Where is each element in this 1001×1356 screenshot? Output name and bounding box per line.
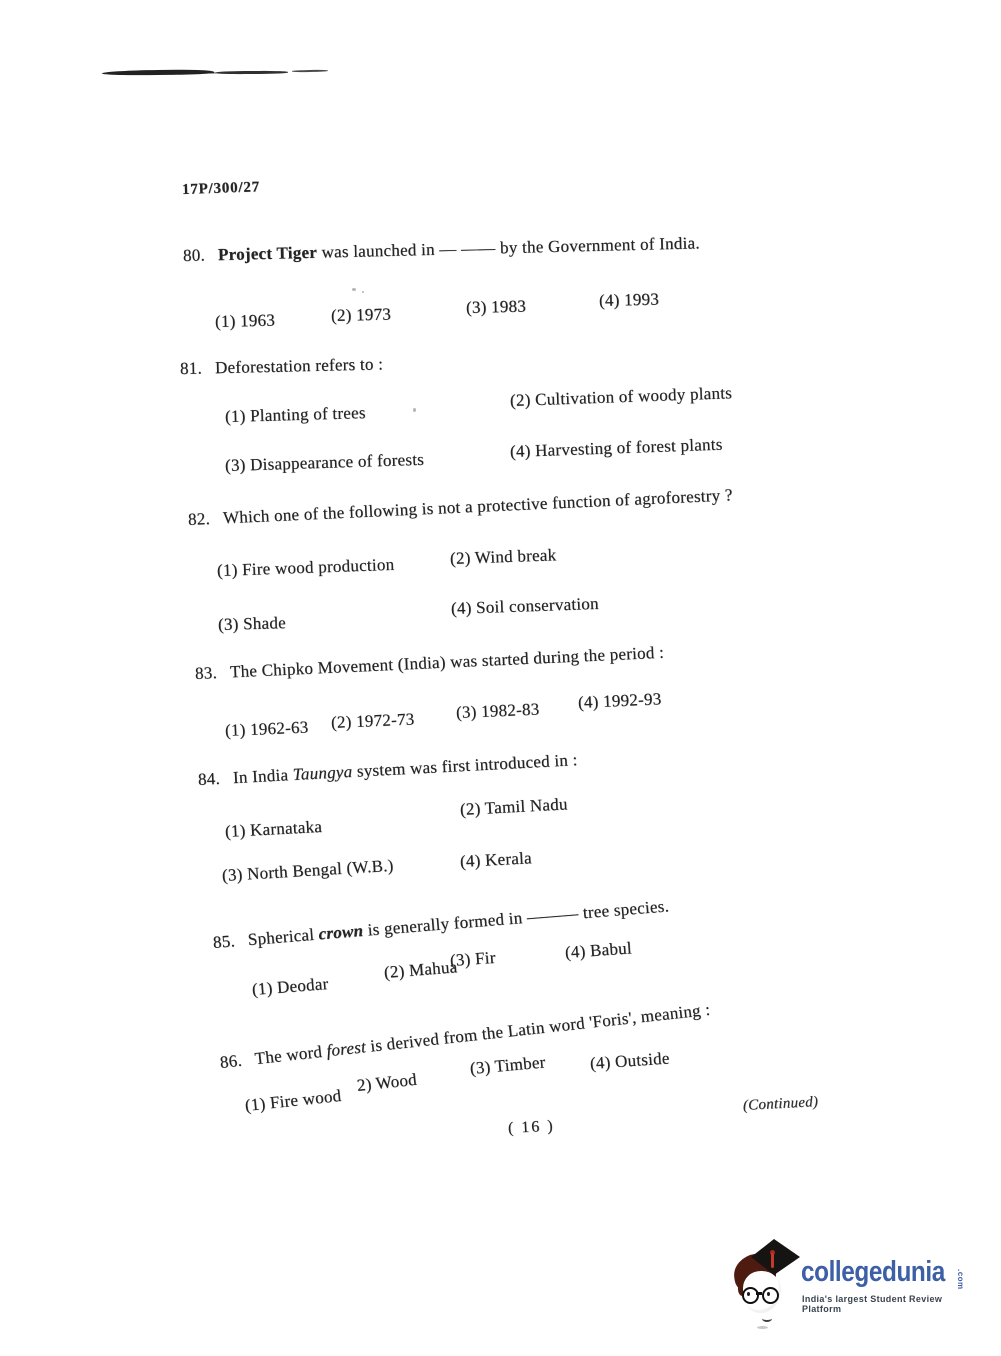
glasses-icon [742,1287,759,1304]
question-number: 83. [195,663,218,684]
option: (2) Tamil Nadu [459,794,568,820]
question-number: 81. [180,359,202,379]
question-number: 85. [212,931,236,953]
option: (1) Fire wood production [217,555,395,581]
brand-tagline: India's largest Student Review Platform [802,1294,981,1314]
option: (2) Wind break [450,545,557,569]
question-line: 83.The Chipko Movement (India) was start… [195,643,665,684]
option: (3) Disappearance of forests [225,450,425,476]
question-line: 82.Which one of the following is not a p… [188,485,734,530]
brand-tld: .com [956,1269,965,1290]
collegedunia-logo: collegedunia .com India's largest Studen… [735,1242,981,1338]
option: (2) 1973 [331,305,392,326]
option: (4) 1992-93 [578,689,662,713]
option: (3) 1983 [466,297,527,318]
ink-speck [352,288,356,291]
question-line: 80.Project Tiger was launched in — —— by… [183,233,700,266]
option: (4) Kerala [459,848,532,872]
page-number: ( 16 ) [508,1118,556,1138]
option: (3) Shade [218,613,286,635]
exam-paper-scan: 17P/300/27 80.Project Tiger was launched… [0,0,1001,1356]
option: (3) 1982-83 [456,700,540,723]
option: (3) North Bengal (W.B.) [221,856,394,886]
option: (1) Fire wood [244,1086,342,1116]
question-number: 86. [219,1051,243,1073]
paper-code: 17P/300/27 [182,179,261,199]
ink-speck [413,408,416,412]
option: (3) Timber [469,1052,546,1079]
question-number: 82. [188,509,211,530]
option: (4) 1993 [599,290,660,311]
option: 2) Wood [356,1070,418,1096]
mascot-icon [735,1242,799,1334]
question-number: 80. [183,245,205,266]
option: (2) Mahua [383,957,458,983]
question-number: 84. [197,769,220,790]
option: (4) Harvesting of forest plants [510,435,723,462]
option: (1) Deodar [251,974,329,1000]
option: (1) Planting of trees [225,403,366,427]
option: (2) Cultivation of woody plants [510,383,733,411]
question-line: 81.Deforestation refers to : [180,354,384,379]
continued-note: (Continued) [743,1094,819,1115]
scanner-smudge-mark [100,64,330,80]
option: (4) Soil conservation [451,594,599,619]
question-line: 84.In India Taungya system was first int… [197,750,578,790]
option: (2) 1972-73 [331,710,415,733]
option: (4) Babul [564,938,632,963]
brand-text: collegedunia [801,1256,945,1289]
option: (3) Fir [449,948,496,971]
option: (4) Outside [589,1048,670,1074]
ink-speck [362,291,364,293]
option: (1) 1963 [215,311,276,332]
option: (1) 1962-63 [225,718,309,741]
option: (1) Karnataka [224,817,322,842]
